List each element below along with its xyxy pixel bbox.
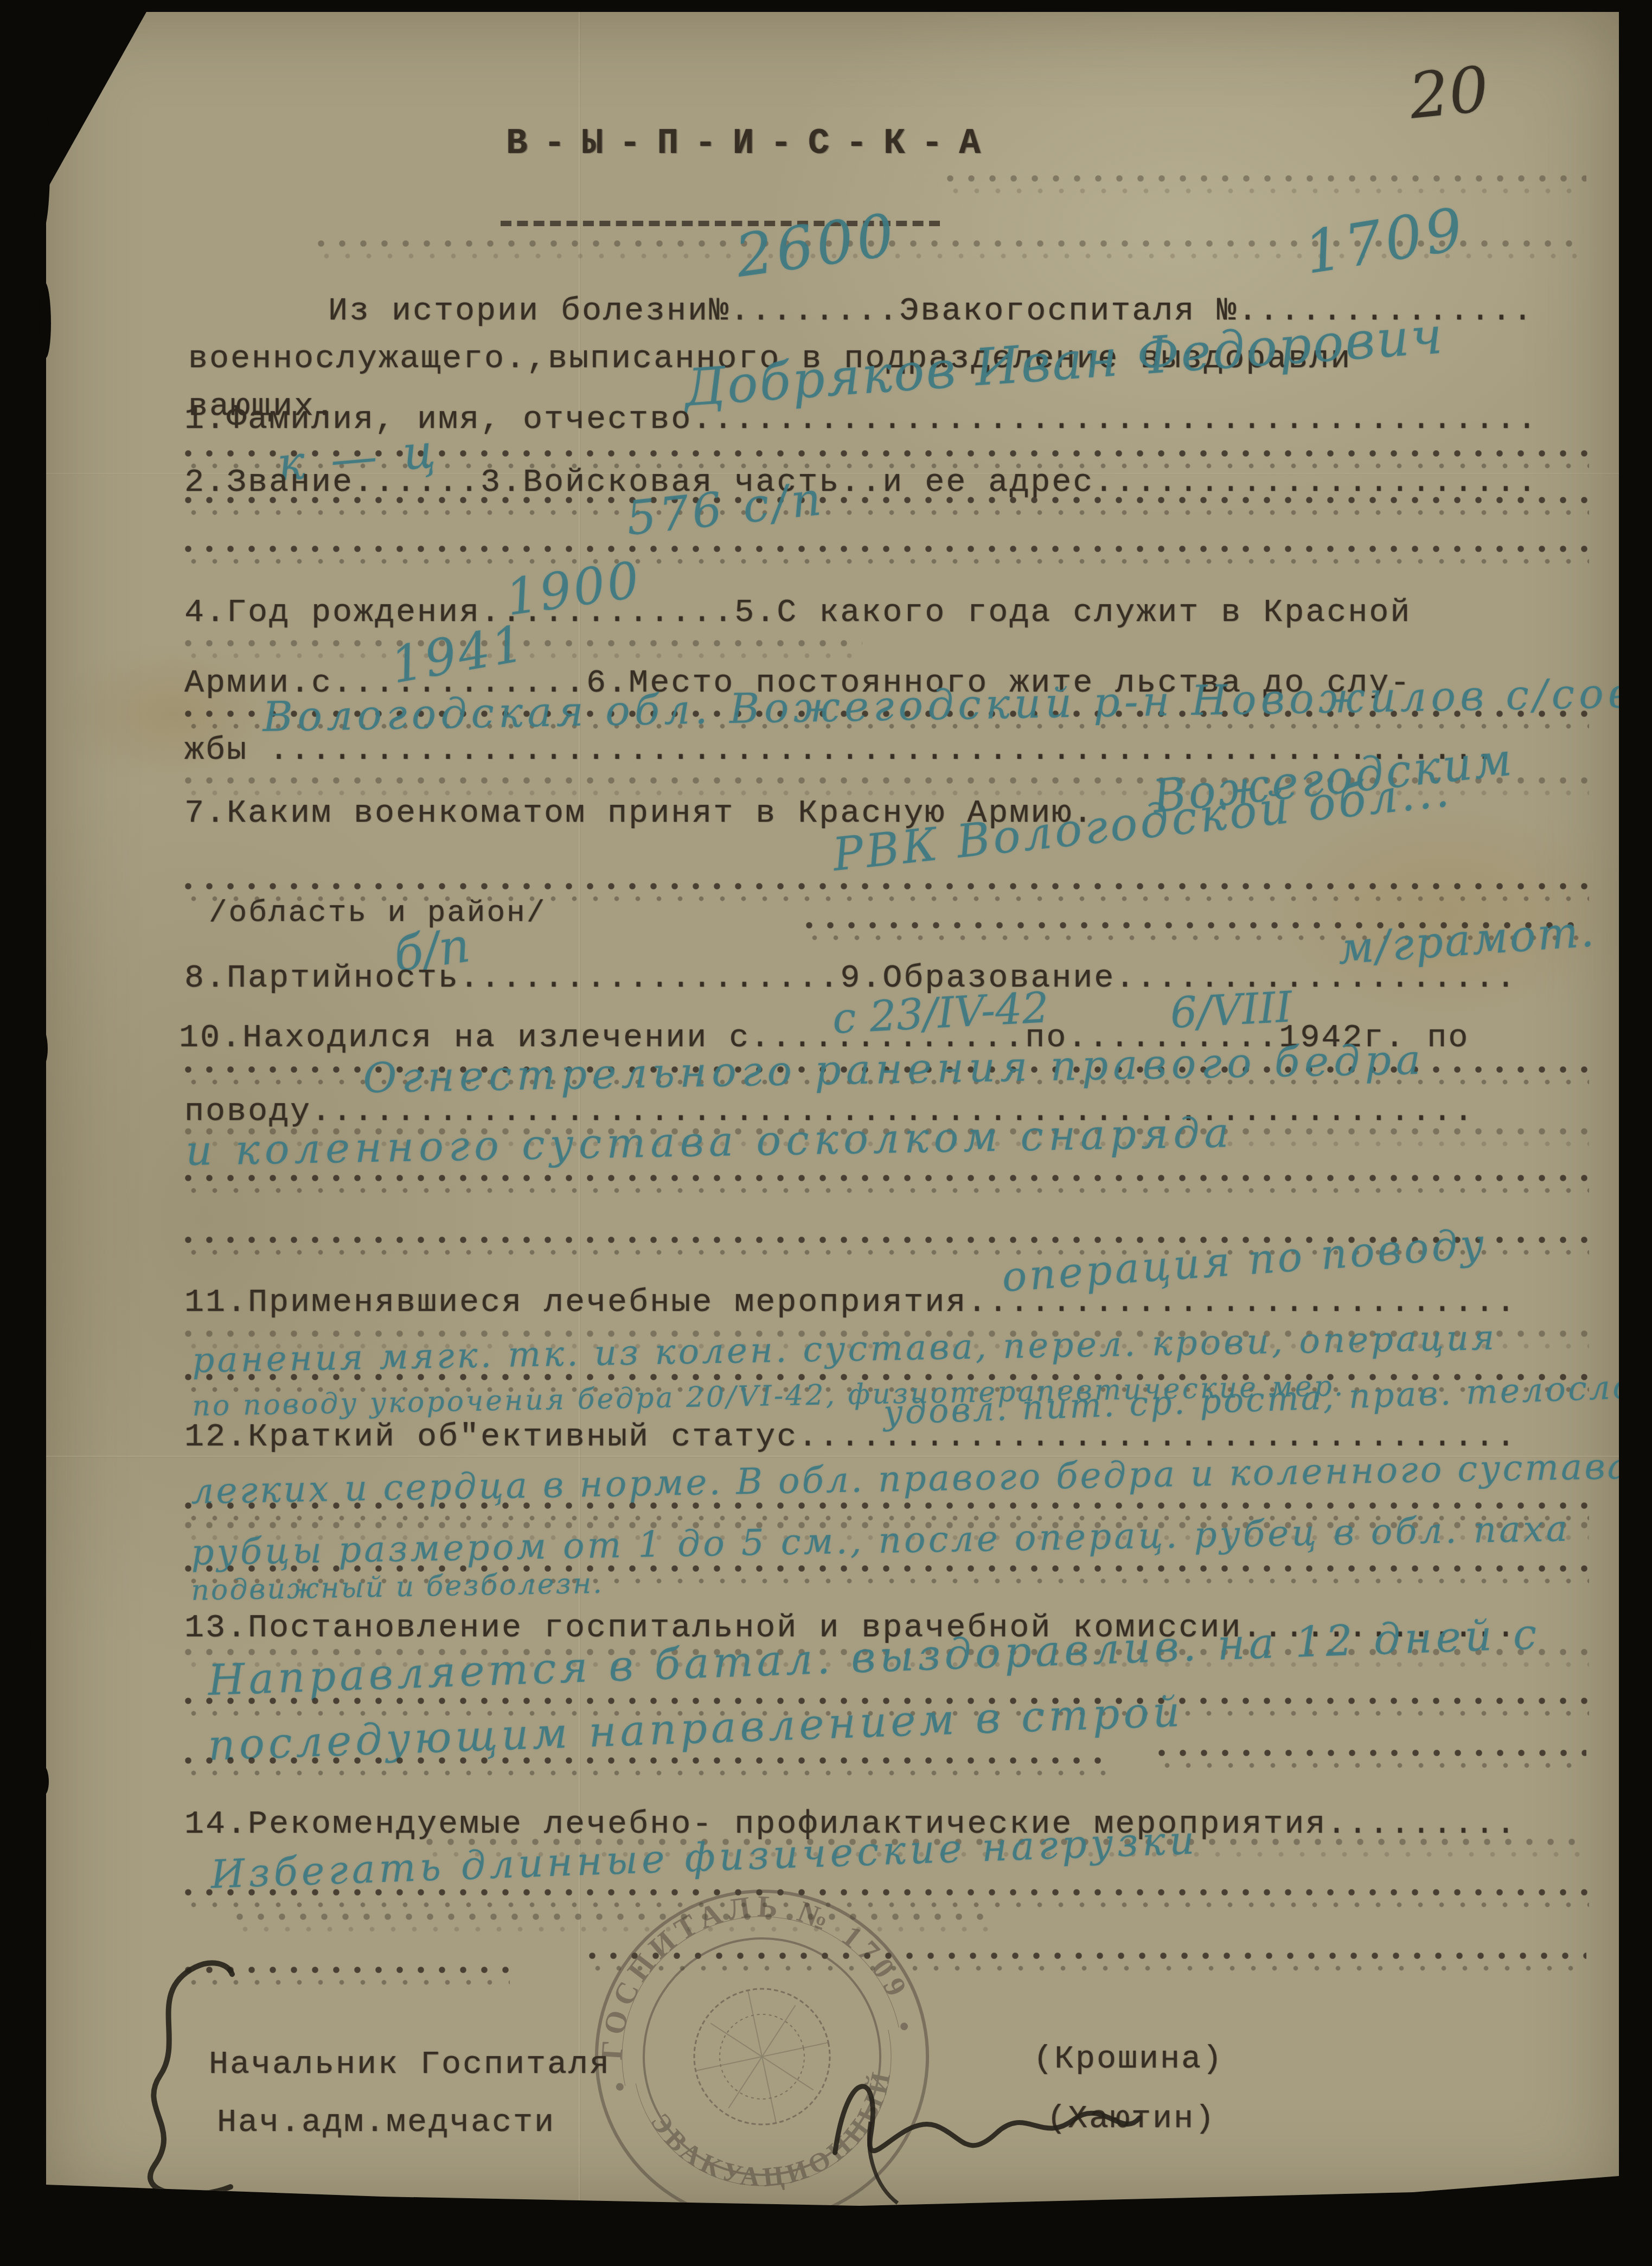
dot-leader-line (184, 1754, 1106, 1777)
scan-edge-mark (63, 27, 99, 53)
signature-stroke (800, 2030, 1147, 2214)
field-7-note: /область и район/ (209, 898, 546, 928)
adm-medical-chief-label: Нач.адм.медчасти (217, 2107, 555, 2139)
paper-sheet: 20 В-Ы-П-И-С-К-А Из истории болезни№....… (46, 12, 1619, 2206)
page-title: В-Ы-П-И-С-К-А (506, 126, 997, 162)
scan-edge-mark (30, 1622, 43, 1660)
dot-leader-line (184, 542, 1589, 565)
field-11-label: 11.Применявшиеся лечебные мероприятия...… (184, 1286, 1517, 1319)
dot-leader-line (946, 172, 1586, 195)
scanned-document-page: { "page_number": "20", "title": "В-Ы-П-И… (0, 0, 1652, 2266)
status-value-4: подвижный и безболезн. (191, 1570, 604, 1605)
case-number-value: 2600 (732, 206, 901, 286)
scan-edge-mark (23, 1388, 41, 1440)
dot-leader-line (184, 494, 1589, 516)
signature-flourish (98, 1959, 249, 2219)
dot-leader-line (1158, 1746, 1586, 1769)
field-8-9-label: 8.Партийность..................9.Образов… (184, 962, 1517, 995)
field-4-5-label: 4.Год рождения............5.С какого год… (184, 597, 1411, 629)
dot-leader-line (184, 1172, 1589, 1194)
hospital-number-value: 1709 (1301, 200, 1470, 283)
field-12-label: 12.Краткий об"ективный статус...........… (184, 1421, 1517, 1454)
head-of-hospital-label: Начальник Госпиталя (209, 2049, 611, 2081)
scan-edge-mark (33, 1025, 48, 1068)
page-number: 20 (1406, 58, 1492, 129)
scan-edge-mark (31, 92, 50, 233)
